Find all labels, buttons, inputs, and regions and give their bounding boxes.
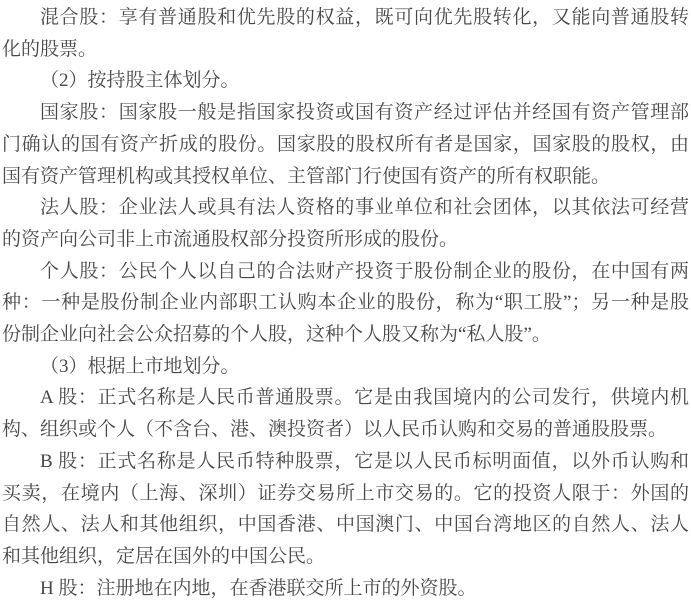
text-line: 法人股：企业法人或具有法人资格的事业单位和社会团体，以其依法可经营 [2, 192, 689, 224]
para-individual-shares: 个人股：公民个人以自己的合法财产投资于股份制企业的股份，在中国有两 种：一种是股… [2, 256, 689, 351]
text-line: 国家股：国家股一般是指国家投资或国有资产经过评估并经国有资产管理部 [2, 97, 689, 129]
para-legal-person-shares: 法人股：企业法人或具有法人资格的事业单位和社会团体，以其依法可经营 的资产向公司… [2, 192, 689, 255]
para-h-shares: H 股：注册地在内地，在香港联交所上市的外资股。 [2, 573, 689, 605]
text-line: 门确认的国有资产折成的股份。国家股的股权所有者是国家，国家股的股权，由 [2, 129, 689, 161]
text-line: 构、组织或个人（不含台、港、澳投资者）以人民币认购和交易的普通股股票。 [2, 414, 689, 446]
text-line: 和其他组织，定居在国外的中国公民。 [2, 541, 689, 573]
text-line: 化的股票。 [2, 34, 689, 66]
text-line: 种：一种是股份制企业内部职工认购本企业的股份，称为“职工股”；另一种是股 [2, 287, 689, 319]
text-line: H 股：注册地在内地，在香港联交所上市的外资股。 [2, 573, 689, 605]
text-line: 的资产向公司非上市流通股权部分投资所形成的股份。 [2, 224, 689, 256]
text-line: （2）按持股主体划分。 [2, 65, 689, 97]
para-heading-by-listing: （3）根据上市地划分。 [2, 351, 689, 383]
text-line: B 股：正式名称是人民币特种股票，它是以人民币标明面值，以外币认购和 [2, 446, 689, 478]
text-line: 混合股：享有普通股和优先股的权益，既可向优先股转化，又能向普通股转 [2, 2, 689, 34]
document-page: 混合股：享有普通股和优先股的权益，既可向优先股转化，又能向普通股转 化的股票。 … [0, 0, 691, 606]
para-a-shares: A 股：正式名称是人民币普通股票。它是由我国境内的公司发行，供境内机 构、组织或… [2, 382, 689, 445]
text-line: A 股：正式名称是人民币普通股票。它是由我国境内的公司发行，供境内机 [2, 382, 689, 414]
text-line: 个人股：公民个人以自己的合法财产投资于股份制企业的股份，在中国有两 [2, 256, 689, 288]
text-line: 自然人、法人和其他组织，中国香港、中国澳门、中国台湾地区的自然人、法人 [2, 509, 689, 541]
text-line: （3）根据上市地划分。 [2, 351, 689, 383]
text-line: 国有资产管理机构或其授权单位、主管部门行使国有资产的所有权职能。 [2, 161, 689, 193]
para-mixed-stock: 混合股：享有普通股和优先股的权益，既可向优先股转化，又能向普通股转 化的股票。 [2, 2, 689, 65]
text-line: 买卖，在境内（上海、深圳）证券交易所上市交易的。它的投资人限于：外国的 [2, 478, 689, 510]
text-line: 份制企业向社会公众招募的个人股，这种个人股又称为“私人股”。 [2, 319, 689, 351]
para-state-shares: 国家股：国家股一般是指国家投资或国有资产经过评估并经国有资产管理部 门确认的国有… [2, 97, 689, 192]
para-b-shares: B 股：正式名称是人民币特种股票，它是以人民币标明面值，以外币认购和 买卖，在境… [2, 446, 689, 573]
para-heading-by-holder: （2）按持股主体划分。 [2, 65, 689, 97]
